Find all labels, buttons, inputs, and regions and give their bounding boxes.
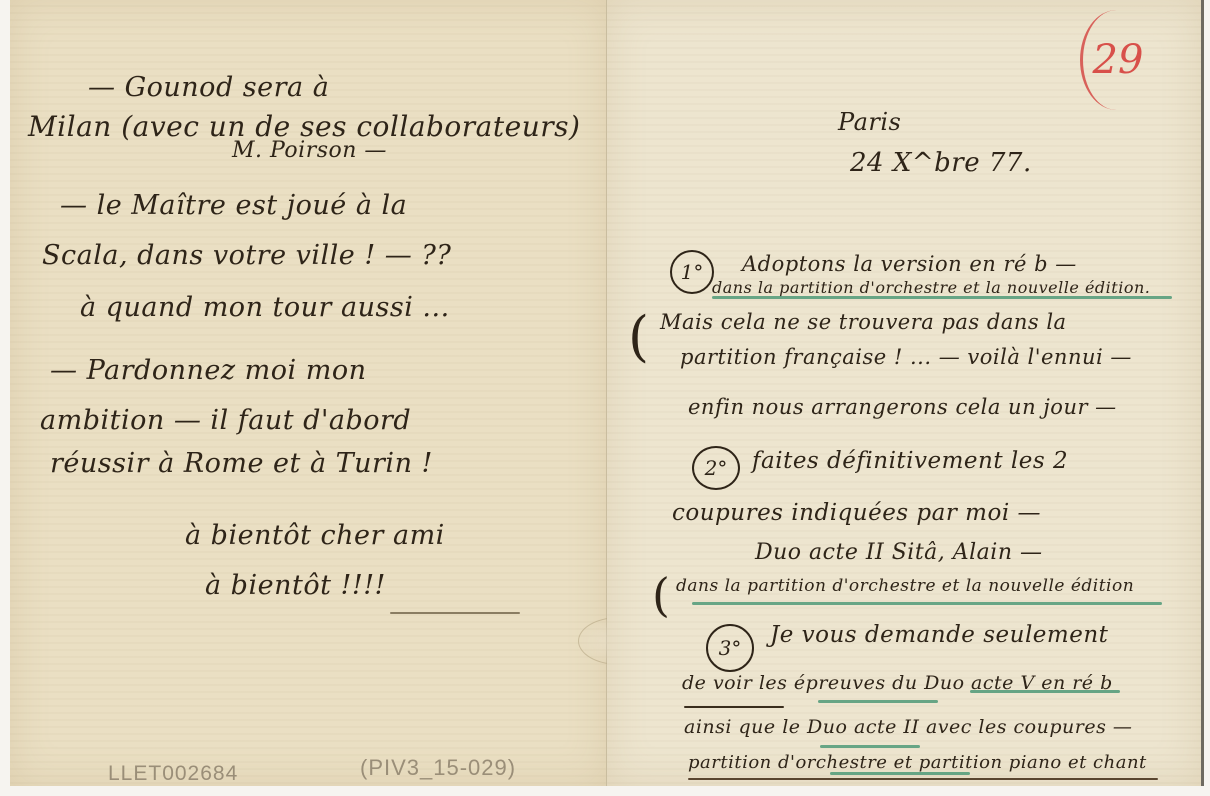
left-line-8: ambition — il faut d'abord: [40, 405, 411, 436]
item-3-marker: 3°: [706, 624, 754, 672]
item-3-green-underline-epreuves: [818, 700, 938, 703]
item-3-underline-voir: [684, 706, 784, 708]
item-2-bracket: (: [652, 568, 670, 622]
date-heading: 24 X^bre 77.: [850, 148, 1032, 178]
left-line-3: M. Poirson —: [232, 138, 387, 163]
left-line-4: — le Maître est joué à la: [60, 190, 407, 221]
left-line-7: — Pardonnez moi mon: [50, 355, 366, 386]
item-1-line-1: Adoptons la version en ré b —: [742, 252, 1077, 276]
left-line-5: Scala, dans votre ville ! — ??: [42, 240, 451, 271]
archive-call-number: LLET002684: [108, 762, 238, 786]
item-3-line-4: partition d'orchestre et partition piano…: [688, 752, 1147, 773]
left-line-9: réussir à Rome et à Turin !: [50, 448, 433, 479]
item-2-marker: 2°: [692, 446, 740, 490]
item-2-green-underline: [692, 602, 1162, 605]
item-3-line-1: Je vous demande seulement: [770, 622, 1108, 648]
place-heading: Paris: [838, 108, 901, 136]
item-1-bracket: (: [628, 305, 649, 368]
left-line-1: — Gounod sera à: [88, 72, 329, 103]
item-2-line-4: dans la partition d'orchestre et la nouv…: [676, 576, 1134, 596]
right-page: [607, 0, 1204, 786]
item-2-line-1: faites définitivement les 2: [752, 448, 1068, 474]
item-3-green-underline-duo-2: [820, 745, 920, 748]
item-1-marker: 1°: [670, 250, 714, 294]
left-signoff-underline: [390, 612, 520, 614]
folio-number: 29: [1080, 10, 1153, 110]
left-line-11: à bientôt !!!!: [205, 570, 386, 601]
item-1-green-underline: [712, 296, 1172, 299]
item-2-line-2: coupures indiquées par moi —: [672, 500, 1041, 526]
item-3-green-underline-partition: [830, 772, 970, 775]
item-3-line-3: ainsi que le Duo acte II avec les coupur…: [684, 716, 1132, 738]
left-line-6: à quand mon tour aussi ...: [80, 292, 450, 323]
item-3-green-underline-duo: [970, 690, 1120, 693]
item-3-underline-partition: [688, 778, 1158, 780]
item-1-line-3: Mais cela ne se trouvera pas dans la: [660, 310, 1067, 334]
item-1-line-5: enfin nous arrangerons cela un jour —: [688, 395, 1117, 419]
item-1-line-2: dans la partition d'orchestre et la nouv…: [712, 278, 1150, 297]
left-line-10: à bientôt cher ami: [185, 520, 445, 551]
item-2-line-3: Duo acte II Sitâ, Alain —: [755, 540, 1043, 565]
manuscript-spread: — Gounod sera à Milan (avec un de ses co…: [0, 0, 1210, 796]
archive-reference: (PIV3_15-029): [360, 755, 516, 781]
item-1-line-4: partition française ! ... — voilà l'ennu…: [680, 345, 1132, 369]
